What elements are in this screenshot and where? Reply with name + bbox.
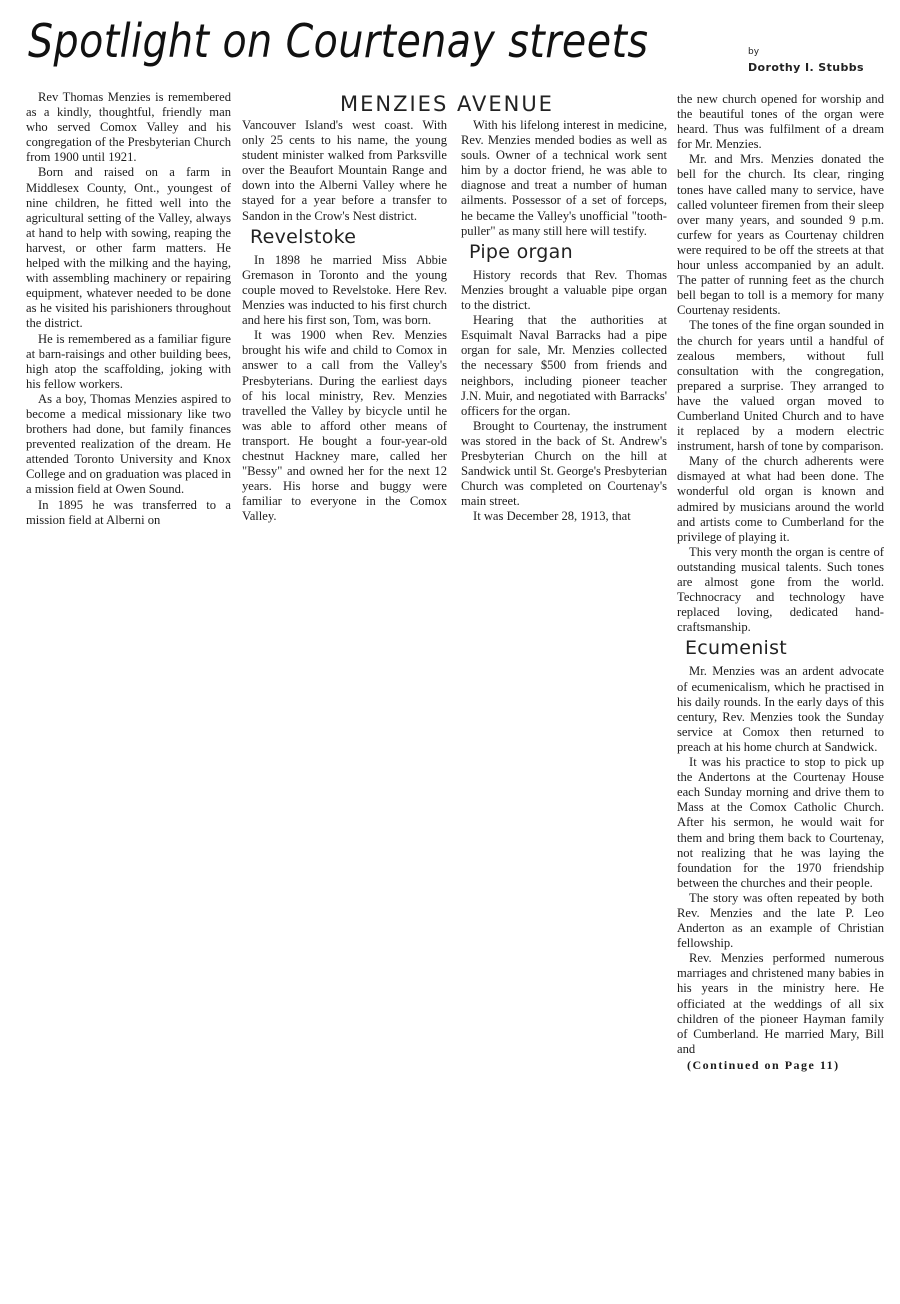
paragraph: Brought to Courtenay, the instrument was… [461,419,667,510]
paragraph: Rev Thomas Menzies is remembered as a ki… [26,90,231,165]
continued-link[interactable]: (Continued on Page 11) [677,1058,884,1073]
paragraph: History records that Rev. Thomas Menzies… [461,268,667,313]
subhead-ecumenist: Ecumenist [685,641,884,656]
paragraph: With his lifelong interest in medicine, … [461,118,667,239]
byline-prefix: by [748,44,864,60]
paragraph: It was December 28, 1913, that [461,509,667,524]
article-column-3: With his lifelong interest in medicine, … [461,118,667,524]
subhead-pipe-organ: Pipe organ [469,245,667,260]
section-title: MENZIES AVENUE [340,92,554,116]
paragraph: It was 1900 when Rev. Menzies brought hi… [242,328,447,524]
paragraph: He is remembered as a familiar figure at… [26,332,231,392]
paragraph: In 1898 he married Miss Abbie Gremason i… [242,253,447,328]
paragraph: Many of the church adherents were dismay… [677,454,884,545]
byline-author: Dorothy I. Stubbs [748,60,864,76]
paragraph: Hearing that the authorities at Esquimal… [461,313,667,419]
article-column-1: Rev Thomas Menzies is remembered as a ki… [26,90,231,528]
paragraph: Born and raised on a farm in Middlesex C… [26,165,231,331]
paragraph: Mr. Menzies was an ardent advocate of ec… [677,664,884,755]
paragraph: The tones of the fine organ sounded in t… [677,318,884,454]
article-column-4: the new church opened for worship and th… [677,92,884,1073]
subhead-revelstoke: Revelstoke [250,230,447,245]
paragraph: Vancouver Island's west coast. With only… [242,118,447,224]
headline: Spotlight on Courtenay streets [28,14,648,68]
paragraph: Rev. Menzies performed numerous marriage… [677,951,884,1057]
byline: by Dorothy I. Stubbs [748,44,864,76]
paragraph: The story was often repeated by both Rev… [677,891,884,951]
article-column-2: Vancouver Island's west coast. With only… [242,118,447,524]
paragraph: Mr. and Mrs. Menzies donated the bell fo… [677,152,884,318]
paragraph: the new church opened for worship and th… [677,92,884,152]
paragraph: As a boy, Thomas Menzies aspired to beco… [26,392,231,498]
paragraph: It was his practice to stop to pick up t… [677,755,884,891]
paragraph: This very month the organ is centre of o… [677,545,884,636]
paragraph: In 1895 he was transferred to a mission … [26,498,231,528]
